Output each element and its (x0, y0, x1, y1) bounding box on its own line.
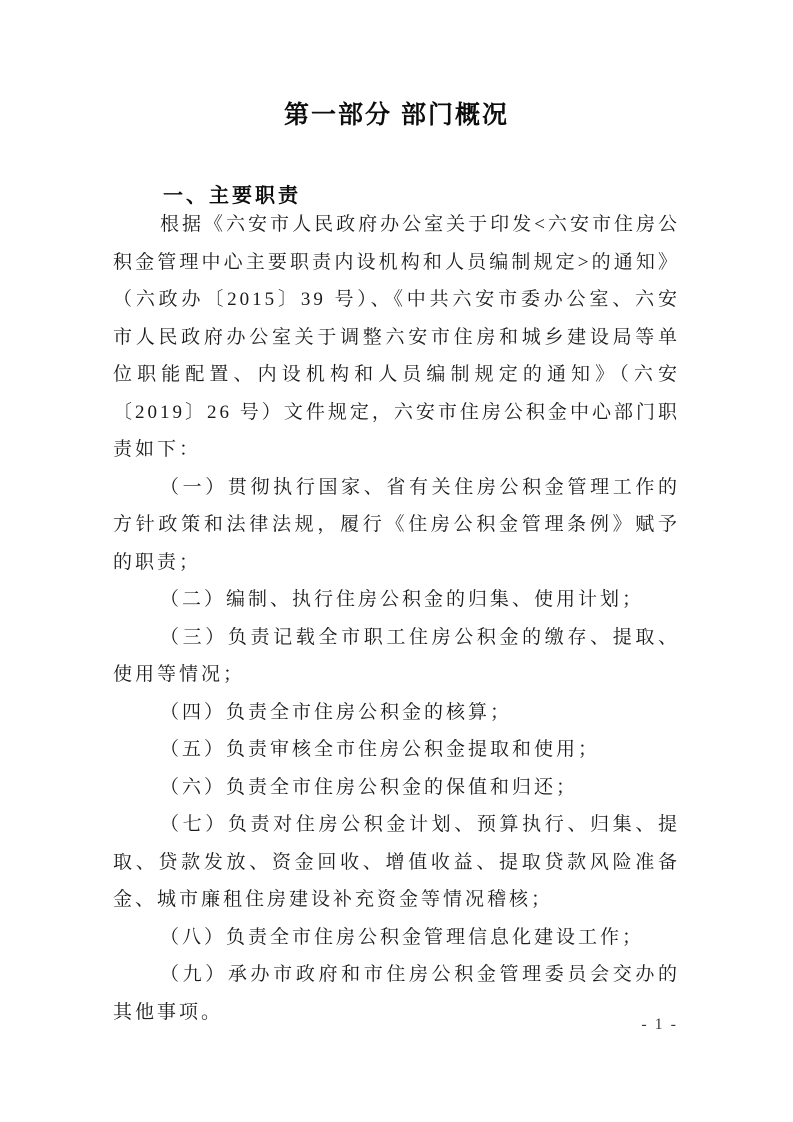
document-title: 第一部分 部门概况 (0, 95, 793, 131)
paragraph: （七）负责对住房公积金计划、预算执行、归集、提取、贷款发放、资金回收、增值收益、… (113, 806, 680, 919)
paragraph-list: 根据《六安市人民政府办公室关于印发<六安市住房公积金管理中心主要职责内设机构和人… (113, 206, 680, 1031)
paragraph: （四）负责全市住房公积金的核算； (113, 694, 680, 732)
paragraph: （八）负责全市住房公积金管理信息化建设工作； (113, 919, 680, 957)
paragraph: （一）贯彻执行国家、省有关住房公积金管理工作的方针政策和法律法规，履行《住房公积… (113, 469, 680, 582)
document-page: 第一部分 部门概况 一、主要职责 根据《六安市人民政府办公室关于印发<六安市住房… (0, 0, 793, 1122)
paragraph: （五）负责审核全市住房公积金提取和使用； (113, 731, 680, 769)
paragraph: （九）承办市政府和市住房公积金管理委员会交办的其他事项。 (113, 956, 680, 1031)
section-heading: 一、主要职责 (163, 179, 301, 208)
paragraph: （六）负责全市住房公积金的保值和归还； (113, 769, 680, 807)
paragraph: （二）编制、执行住房公积金的归集、使用计划； (113, 581, 680, 619)
page-number: - 1 - (641, 1016, 678, 1034)
paragraph: 根据《六安市人民政府办公室关于印发<六安市住房公积金管理中心主要职责内设机构和人… (113, 206, 680, 469)
paragraph: （三）负责记载全市职工住房公积金的缴存、提取、使用等情况； (113, 619, 680, 694)
